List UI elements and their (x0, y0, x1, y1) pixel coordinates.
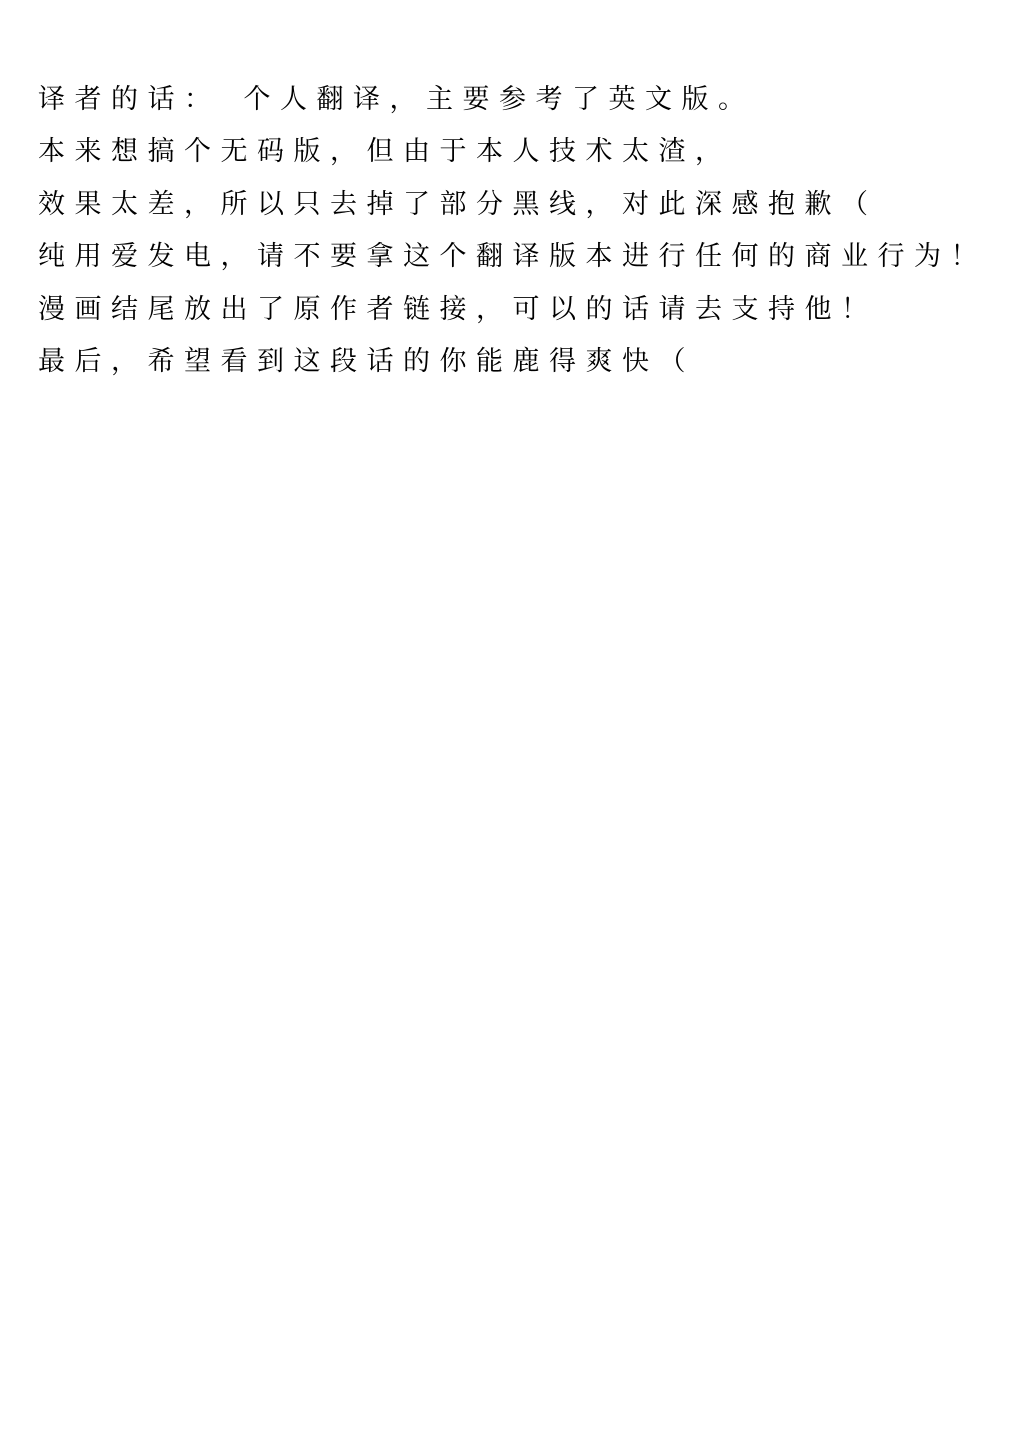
note-line-3: 效果太差，所以只去掉了部分黑线，对此深感抱歉（ (38, 179, 1008, 231)
note-line-6: 最后，希望看到这段话的你能鹿得爽快（ (38, 336, 1008, 388)
translator-note: 译者的话： 个人翻译，主要参考了英文版。 本来想搞个无码版，但由于本人技术太渣，… (38, 74, 1008, 388)
note-line-1: 译者的话： 个人翻译，主要参考了英文版。 (38, 74, 1008, 126)
note-line-5: 漫画结尾放出了原作者链接，可以的话请去支持他！ (38, 284, 1008, 336)
note-line-2: 本来想搞个无码版，但由于本人技术太渣， (38, 126, 1008, 178)
note-line-4: 纯用爱发电，请不要拿这个翻译版本进行任何的商业行为！ (38, 231, 1008, 283)
translator-note-page: 译者的话： 个人翻译，主要参考了英文版。 本来想搞个无码版，但由于本人技术太渣，… (0, 0, 1018, 1443)
